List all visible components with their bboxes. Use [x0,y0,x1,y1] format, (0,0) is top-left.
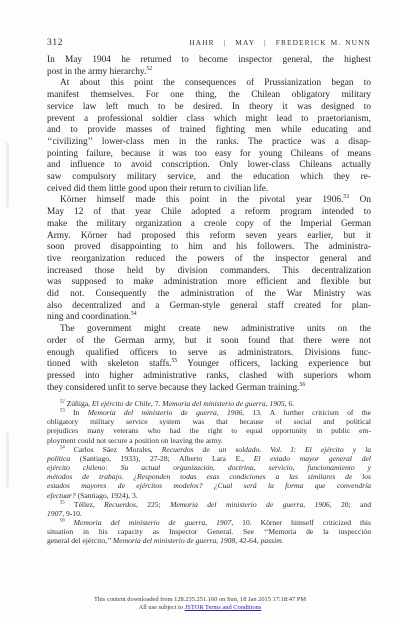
italic-text: El estado mayor general del [254,454,371,463]
text-line: 55 Téllez, Recuerdos, 225; Memoria del m… [47,500,371,509]
footnote: 55 Téllez, Recuerdos, 225; Memoria del m… [47,500,371,518]
italic-text: ejército chileno: Su actual organización… [47,463,371,472]
text-line: situation in his capacity as Inspector G… [47,527,371,536]
text-line: efectuar? (Santiago, 1924), 3. [47,491,371,500]
text-line: 53 In Memoria del ministerio de guerra, … [47,408,371,417]
italic-text: 1907 [47,509,62,518]
italic-text: política [47,454,70,463]
italic-text: Memoria del ministerio de guerra, 1906 [88,408,242,417]
footnote-reference: 53 [343,194,349,200]
footnote: 52 Zúñiga, El ejército de Chile, 7. Memo… [47,399,371,408]
text-line: saw compulsory military service, and the… [47,172,371,184]
text-line: order of the German army, but it soon fo… [47,336,371,348]
text-line: pressed into higher administrative ranks… [47,371,371,383]
text-line: enough qualified officers to serve as ad… [47,348,371,360]
text-line: 54 Carlos Sáez Morales, Recuerdos de un … [47,445,371,454]
page-header: 312 HAHR|MAY|FREDERICK M. NUNN [47,38,371,48]
footnote-reference: 56 [60,519,65,524]
italic-text: El ejército de Chile [92,399,151,408]
text-line: and to provide masses of trained fightin… [47,125,371,137]
body-text: In May 1904 he returned to become inspec… [47,55,371,394]
text-line: pointing failure, because it was too eas… [47,149,371,161]
paragraph: At about this point the consequences of … [47,78,371,195]
download-stamp: This content downloaded from 128.235.251… [0,596,400,604]
text-line: política (Santiago, 1933), 27-28; Albert… [47,454,371,463]
text-line: prejudices many veterans who had the rig… [47,426,371,435]
text-line: 52 Zúñiga, El ejército de Chile, 7. Memo… [47,399,371,408]
italic-text: passim [261,536,282,545]
text-line: ceived did them little good upon their r… [47,184,371,196]
text-line: they considered unfit to serve because t… [47,383,371,395]
italic-text: Recuerdos [104,500,136,509]
text-line: ‘‘civilizing’’ lower-class men in the ra… [47,137,371,149]
jstor-footer: This content downloaded from 128.235.251… [0,596,400,611]
terms-line: All use subject to JSTOR Terms and Condi… [0,604,400,612]
text-line: soon proved disappointing to him and his… [47,242,371,254]
text-line: manifest themselves. For one thing, the … [47,90,371,102]
paragraph: Körner himself made this point in the pi… [47,195,371,324]
header-separator: | [264,38,267,47]
month-label: MAY [235,38,255,47]
text-line: service law left much to be desired. In … [47,102,371,114]
text-line: ning and coordination.54 [47,312,371,324]
paragraph: The government might create new administ… [47,324,371,394]
text-line: At about this point the consequences of … [47,78,371,90]
text-line: prevent a professional soldier class whi… [47,114,371,126]
footnote-reference: 53 [60,409,65,414]
italic-text: estados mayores de ejércitos modelos? ¿C… [47,481,371,490]
text-line: make the military organization a creole … [47,219,371,231]
footnote-reference: 54 [131,311,137,317]
italic-text: efectuar? [47,491,76,500]
text-line: estados mayores de ejércitos modelos? ¿C… [47,481,371,490]
text-line: was supposed to make administration more… [47,277,371,289]
footnote: 54 Carlos Sáez Morales, Recuerdos de un … [47,445,371,500]
footnote-reference: 52 [60,399,65,404]
italic-text: Memoria del ministerio de guerra, 1906 [170,500,330,509]
footnote: 53 In Memoria del ministerio de guerra, … [47,408,371,445]
text-line: increased those held by division command… [47,266,371,278]
italic-text: Memoria del ministerio de guerra, 1907 [74,518,232,527]
footnote-reference: 55 [60,500,65,505]
text-line: ejército chileno: Su actual organización… [47,463,371,472]
text-line: also decentralized and a German-style ge… [47,301,371,313]
text-line: Army. Körner had proposed this reform se… [47,231,371,243]
text-line: 56 Memoria del ministerio de guerra, 190… [47,518,371,527]
scan-artifact [6,142,9,208]
jstor-terms-link[interactable]: JSTOR Terms and Conditions [185,604,262,611]
journal-abbrev: HAHR [189,38,214,47]
page-number: 312 [47,38,63,48]
terms-prefix: All use subject to [139,604,185,611]
footnote-reference: 56 [299,382,305,388]
italic-text: métodos de trabajo. ¿Responden todas esa… [47,472,371,481]
paragraph: In May 1904 he returned to become inspec… [47,55,371,78]
text-line: métodos de trabajo. ¿Responden todas esa… [47,472,371,481]
scan-artifact [6,432,9,488]
text-line: 1907, 9-10. [47,509,371,518]
text-line: post in the army hierarchy.52 [47,67,371,79]
footnote-reference: 55 [172,358,178,364]
text-line: obligatory military service system was t… [47,417,371,426]
running-header: HAHR|MAY|FREDERICK M. NUNN [189,38,371,47]
text-line: general del ejército,’’ Memoria del mini… [47,536,371,545]
text-line: tive reorganization reduced the powers o… [47,254,371,266]
text-line: and influence to avoid conscription. Onl… [47,160,371,172]
text-line: Körner himself made this point in the pi… [47,195,371,207]
italic-text: Recuerdos de un soldado. Vol. I: El ejér… [162,445,371,454]
text-line: did not. Consequently the administration… [47,289,371,301]
text-line: ployment could not secure a position on … [47,436,371,445]
footnote: 56 Memoria del ministerio de guerra, 190… [47,518,371,545]
footnotes: 52 Zúñiga, El ejército de Chile, 7. Memo… [47,399,371,546]
footnote-reference: 52 [146,66,152,72]
text-line: May 12 of that year Chile adopted a refo… [47,207,371,219]
author-name: FREDERICK M. NUNN [276,38,371,47]
text-line: tioned with skeleton staffs.55 Younger o… [47,359,371,371]
header-separator: | [224,38,227,47]
italic-text: Memoria del ministerio de guerra, 1908 [113,536,235,545]
text-line: The government might create new administ… [47,324,371,336]
italic-text: Memoria del ministerio de guerra, 1905 [162,399,284,408]
footnote-reference: 54 [60,445,65,450]
text-line: In May 1904 he returned to become inspec… [47,55,371,67]
